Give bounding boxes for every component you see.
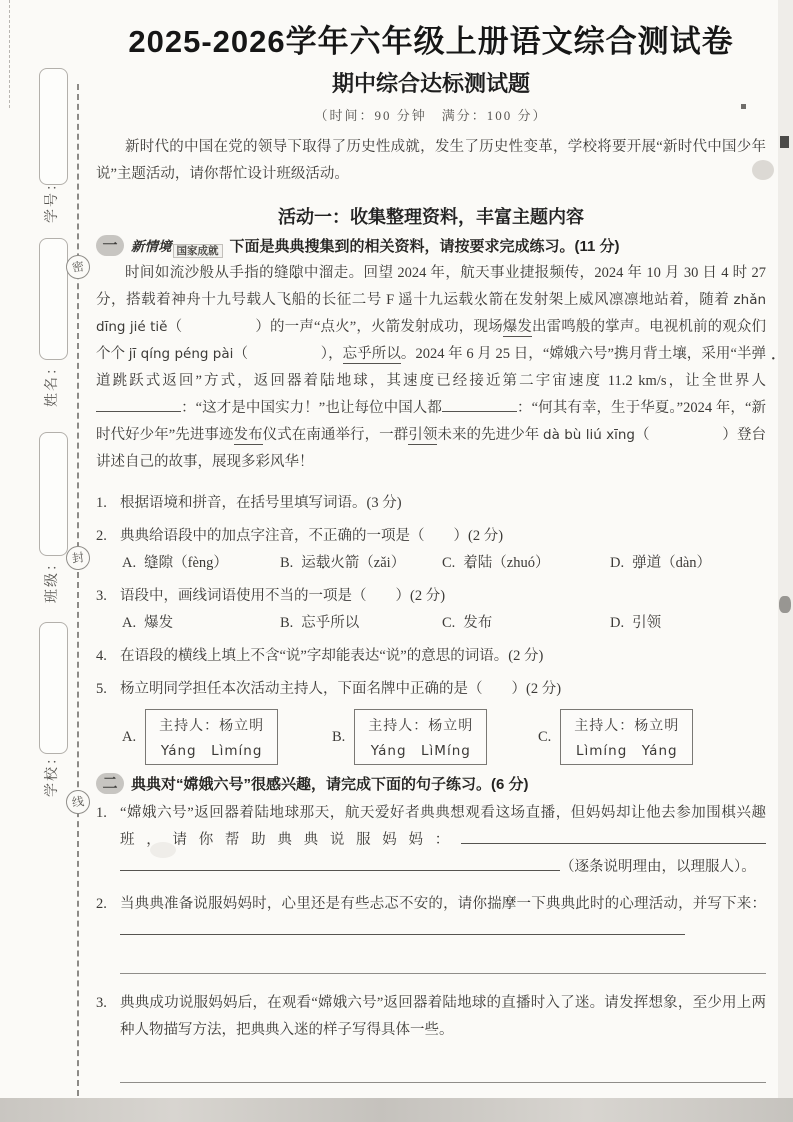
name-plate: 主持人：杨立明 Lìmíng Yáng (560, 709, 693, 765)
name-label: 姓名： (41, 377, 61, 407)
seal-char-feng: 封 (64, 544, 91, 571)
name-plate: 主持人：杨立明 Yáng LìMíng (354, 709, 487, 765)
question-text: 当典典准备说服妈妈时，心里还是有些忐忑不安的，请你揣摩一下典典此时的心理活动，并… (120, 891, 766, 945)
option-c: C.着陆（zhuó） (442, 550, 610, 577)
question-text: 典典成功说服妈妈后，在观看“嫦娥六号”返回器着陆地球的直播时入了迷。请发挥想象，… (120, 990, 766, 1044)
time-score-meta: （时间：90 分钟 满分：100 分） (96, 105, 766, 124)
seal-char-xian: 线 (64, 788, 91, 815)
question-number: 2. (96, 523, 120, 550)
intro-paragraph: 新时代的中国在党的领导下取得了历史性成就，发生了历史性变革，学校将要开展“新时代… (96, 134, 766, 188)
school-label: 学校： (41, 767, 61, 797)
question-number: 3. (96, 583, 120, 610)
section1-badge: 一 (96, 235, 124, 256)
question-5-plates: A. 主持人：杨立明 Yáng Lìmíng B. 主持人：杨立明 Yáng L… (96, 709, 766, 765)
section2-lead-text: 典典对“嫦娥六号”很感兴趣，请完成下面的句子练习。(6 分) (131, 773, 529, 794)
question-text: 杨立明同学担任本次活动主持人，下面名牌中正确的是（ ）(2 分) (120, 676, 766, 703)
option-d: D.弹道（dàn） (610, 550, 766, 577)
context-tag-sub: 国家成就 (173, 244, 223, 258)
name-plate: 主持人：杨立明 Yáng Lìmíng (145, 709, 278, 765)
section2-question-3: 3. 典典成功说服妈妈后，在观看“嫦娥六号”返回器着陆地球的直播时入了迷。请发挥… (96, 990, 766, 1044)
exam-paper-scan: 密 封 线 学号： 姓名： 班级： 学校： 2025-2026学年六年级上册语文… (0, 0, 793, 1122)
section2-lead: 二 典典对“嫦娥六号”很感兴趣，请完成下面的句子练习。(6 分) (96, 773, 766, 794)
question-number: 4. (96, 643, 120, 670)
option-a: A.缝隙（fèng） (122, 550, 280, 577)
name-box (39, 238, 68, 360)
paper-title: 2025-2026学年六年级上册语文综合测试卷 (96, 16, 766, 61)
paper-content: 2025-2026学年六年级上册语文综合测试卷 期中综合达标测试题 （时间：90… (96, 0, 766, 1122)
question-number: 5. (96, 676, 120, 703)
answer-line (120, 973, 766, 974)
class-box (39, 432, 68, 556)
question-2-options: A.缝隙（fèng） B.运载火箭（zǎi） C.着陆（zhuó） D.弹道（d… (96, 550, 766, 577)
question-number: 1. (96, 490, 120, 517)
plate-option-a: A. 主持人：杨立明 Yáng Lìmíng (122, 709, 332, 765)
scan-artifact (780, 136, 789, 148)
question-text: 根据语境和拼音，在括号里填写词语。(3 分) (120, 490, 766, 517)
section2-question-2: 2. 当典典准备说服妈妈时，心里还是有些忐忑不安的，请你揣摩一下典典此时的心理活… (96, 891, 766, 945)
section2-question-1: 1. “嫦娥六号”返回器着陆地球那天，航天爱好者典典想观看这场直播，但妈妈却让他… (96, 800, 766, 881)
question-5: 5. 杨立明同学担任本次活动主持人，下面名牌中正确的是（ ）(2 分) (96, 676, 766, 703)
question-3: 3. 语段中，画线词语使用不当的一项是（ ）(2 分) (96, 583, 766, 610)
question-1: 1. 根据语境和拼音，在括号里填写词语。(3 分) (96, 490, 766, 517)
question-text: 在语段的横线上填上不含“说”字却能表达“说”的意思的词语。(2 分) (120, 643, 766, 670)
question-4: 4. 在语段的横线上填上不含“说”字却能表达“说”的意思的词语。(2 分) (96, 643, 766, 670)
activity-heading: 活动一：收集整理资料，丰富主题内容 (96, 203, 766, 229)
context-tag: 新情境国家成就 (131, 235, 223, 255)
scan-artifact (779, 596, 791, 613)
paper-subtitle: 期中综合达标测试题 (96, 67, 766, 98)
section1-lead-text: 下面是典典搜集到的相关资料，请按要求完成练习。(11 分) (230, 235, 620, 256)
plate-option-c: C. 主持人：杨立明 Lìmíng Yáng (538, 709, 766, 765)
question-number: 1. (96, 800, 120, 881)
question-2: 2. 典典给语段中的加点字注音，不正确的一项是（ ）(2 分) (96, 523, 766, 550)
option-a: A.爆发 (122, 610, 280, 637)
scan-edge-shadow (778, 0, 793, 1122)
seal-dashed-line (77, 84, 79, 1096)
scan-corner-dash (9, 0, 10, 108)
option-d: D.引领 (610, 610, 766, 637)
question-number: 2. (96, 891, 120, 945)
question-text: 典典给语段中的加点字注音，不正确的一项是（ ）(2 分) (120, 523, 766, 550)
seal-char-mi: 密 (64, 253, 91, 280)
section2-badge: 二 (96, 773, 124, 794)
question-text: 语段中，画线词语使用不当的一项是（ ）(2 分) (120, 583, 766, 610)
section1-lead: 一 新情境国家成就 下面是典典搜集到的相关资料，请按要求完成练习。(11 分) (96, 235, 766, 256)
reading-passage: 时间如流沙般从手指的缝隙中溜走。回望 2024 年，航天事业捷报频传，2024 … (96, 260, 766, 476)
answer-line (120, 1082, 766, 1083)
class-label: 班级： (41, 573, 61, 603)
student-number-label: 学号： (41, 193, 61, 223)
option-c: C.发布 (442, 610, 610, 637)
question-number: 3. (96, 990, 120, 1044)
option-b: B.忘乎所以 (280, 610, 442, 637)
school-box (39, 622, 68, 754)
question-text: “嫦娥六号”返回器着陆地球那天，航天爱好者典典想观看这场直播，但妈妈却让他去参加… (120, 800, 766, 881)
plate-option-b: B. 主持人：杨立明 Yáng LìMíng (332, 709, 538, 765)
option-b: B.运载火箭（zǎi） (280, 550, 442, 577)
student-number-box (39, 68, 68, 185)
question-3-options: A.爆发 B.忘乎所以 C.发布 D.引领 (96, 610, 766, 637)
